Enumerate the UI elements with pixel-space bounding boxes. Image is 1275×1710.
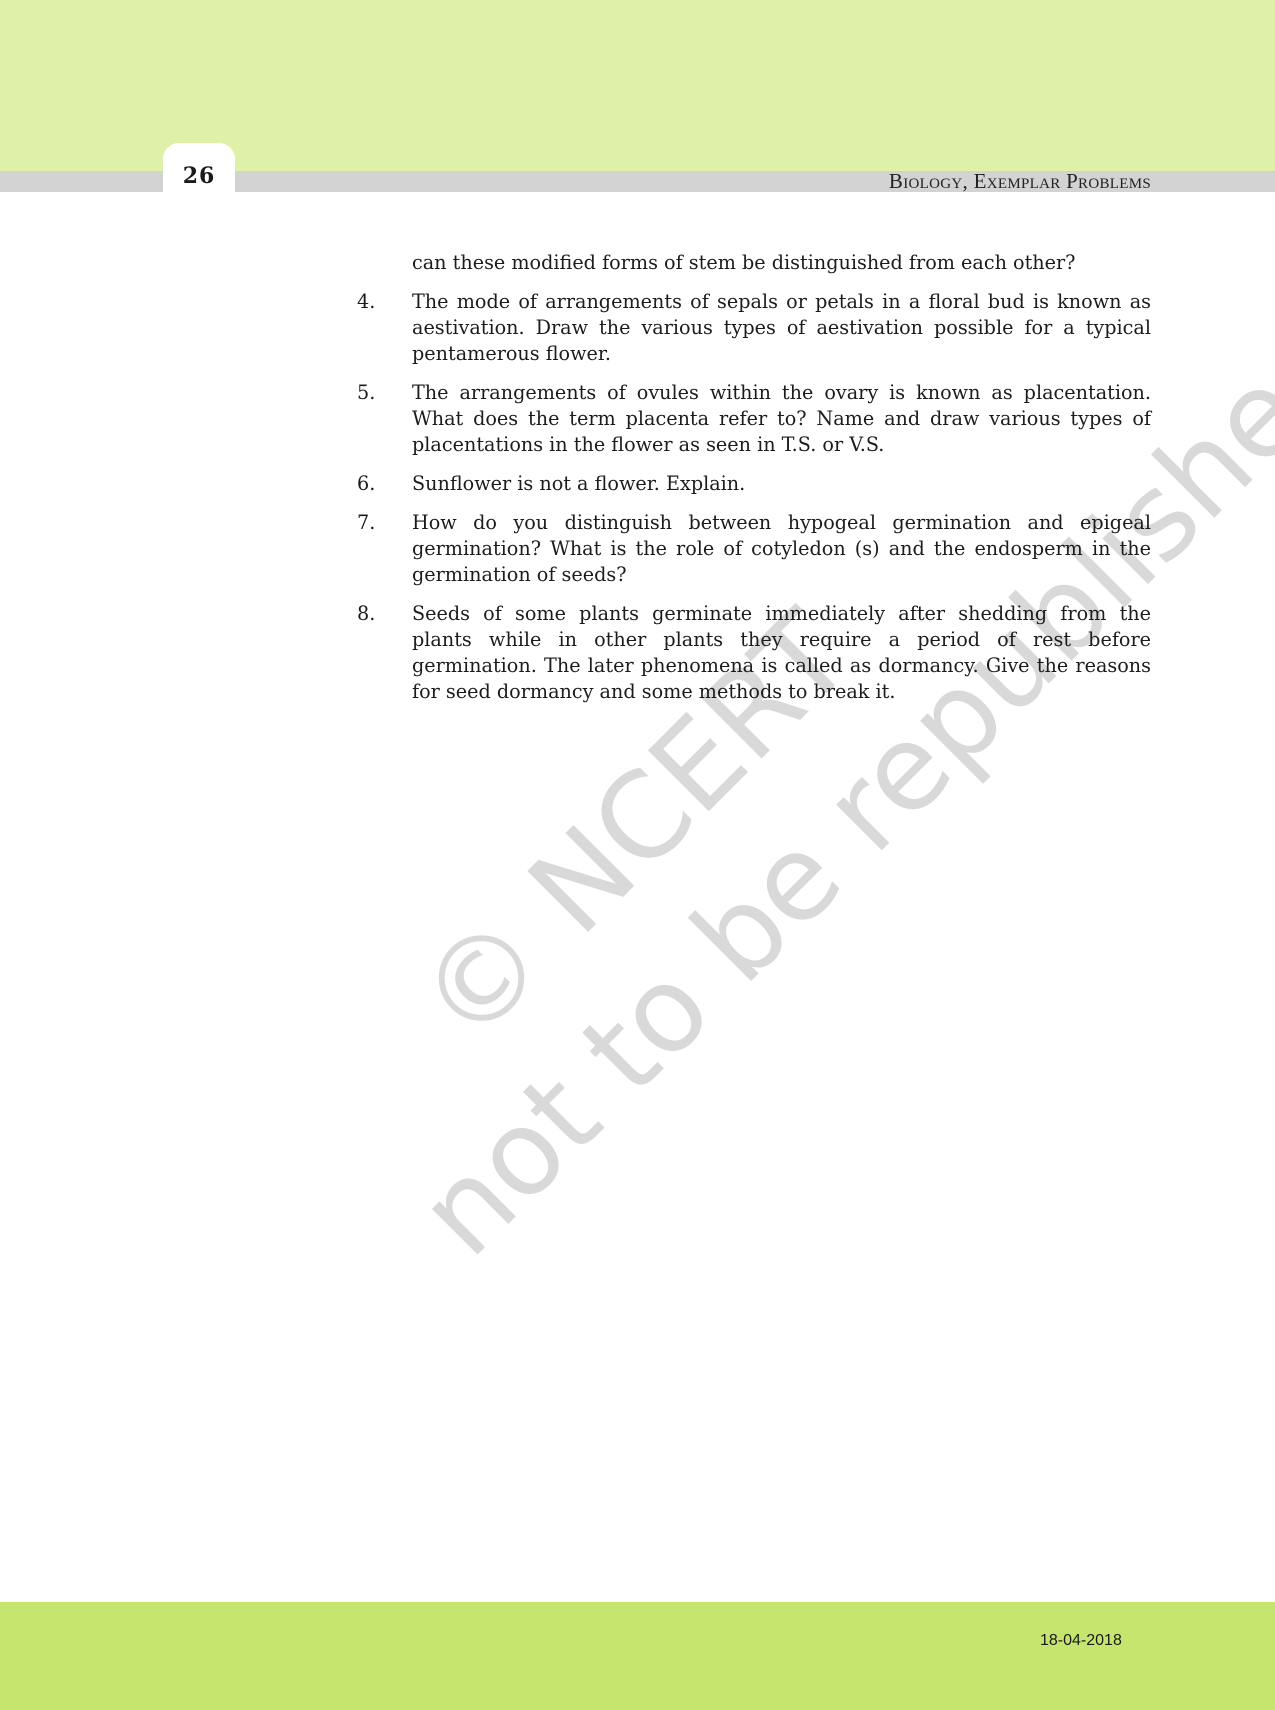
question-number: 8. [357,601,412,705]
question-number: 6. [357,471,412,497]
footer-band [0,1602,1275,1710]
running-head: Biology, Exemplar Problems [889,169,1151,194]
question-item: 6. Sunflower is not a flower. Explain. [357,471,1151,497]
question-text: How do you distinguish between hypogeal … [412,510,1151,588]
question-list: can these modified forms of stem be dist… [357,250,1151,718]
question-number: 7. [357,510,412,588]
question-item: 5. The arrangements of ovules within the… [357,380,1151,458]
question-text: Seeds of some plants germinate immediate… [412,601,1151,705]
footer-date: 18-04-2018 [1040,1632,1122,1650]
question-item: 7. How do you distinguish between hypoge… [357,510,1151,588]
page-number-tab: 26 [163,143,235,192]
question-text: The arrangements of ovules within the ov… [412,380,1151,458]
question-item: 4. The mode of arrangements of sepals or… [357,289,1151,367]
page-number: 26 [183,163,216,192]
question-number: 5. [357,380,412,458]
question-text: The mode of arrangements of sepals or pe… [412,289,1151,367]
question-text: Sunflower is not a flower. Explain. [412,471,1151,497]
continuation-text: can these modified forms of stem be dist… [412,250,1151,276]
question-item: 8. Seeds of some plants germinate immedi… [357,601,1151,705]
question-number: 4. [357,289,412,367]
